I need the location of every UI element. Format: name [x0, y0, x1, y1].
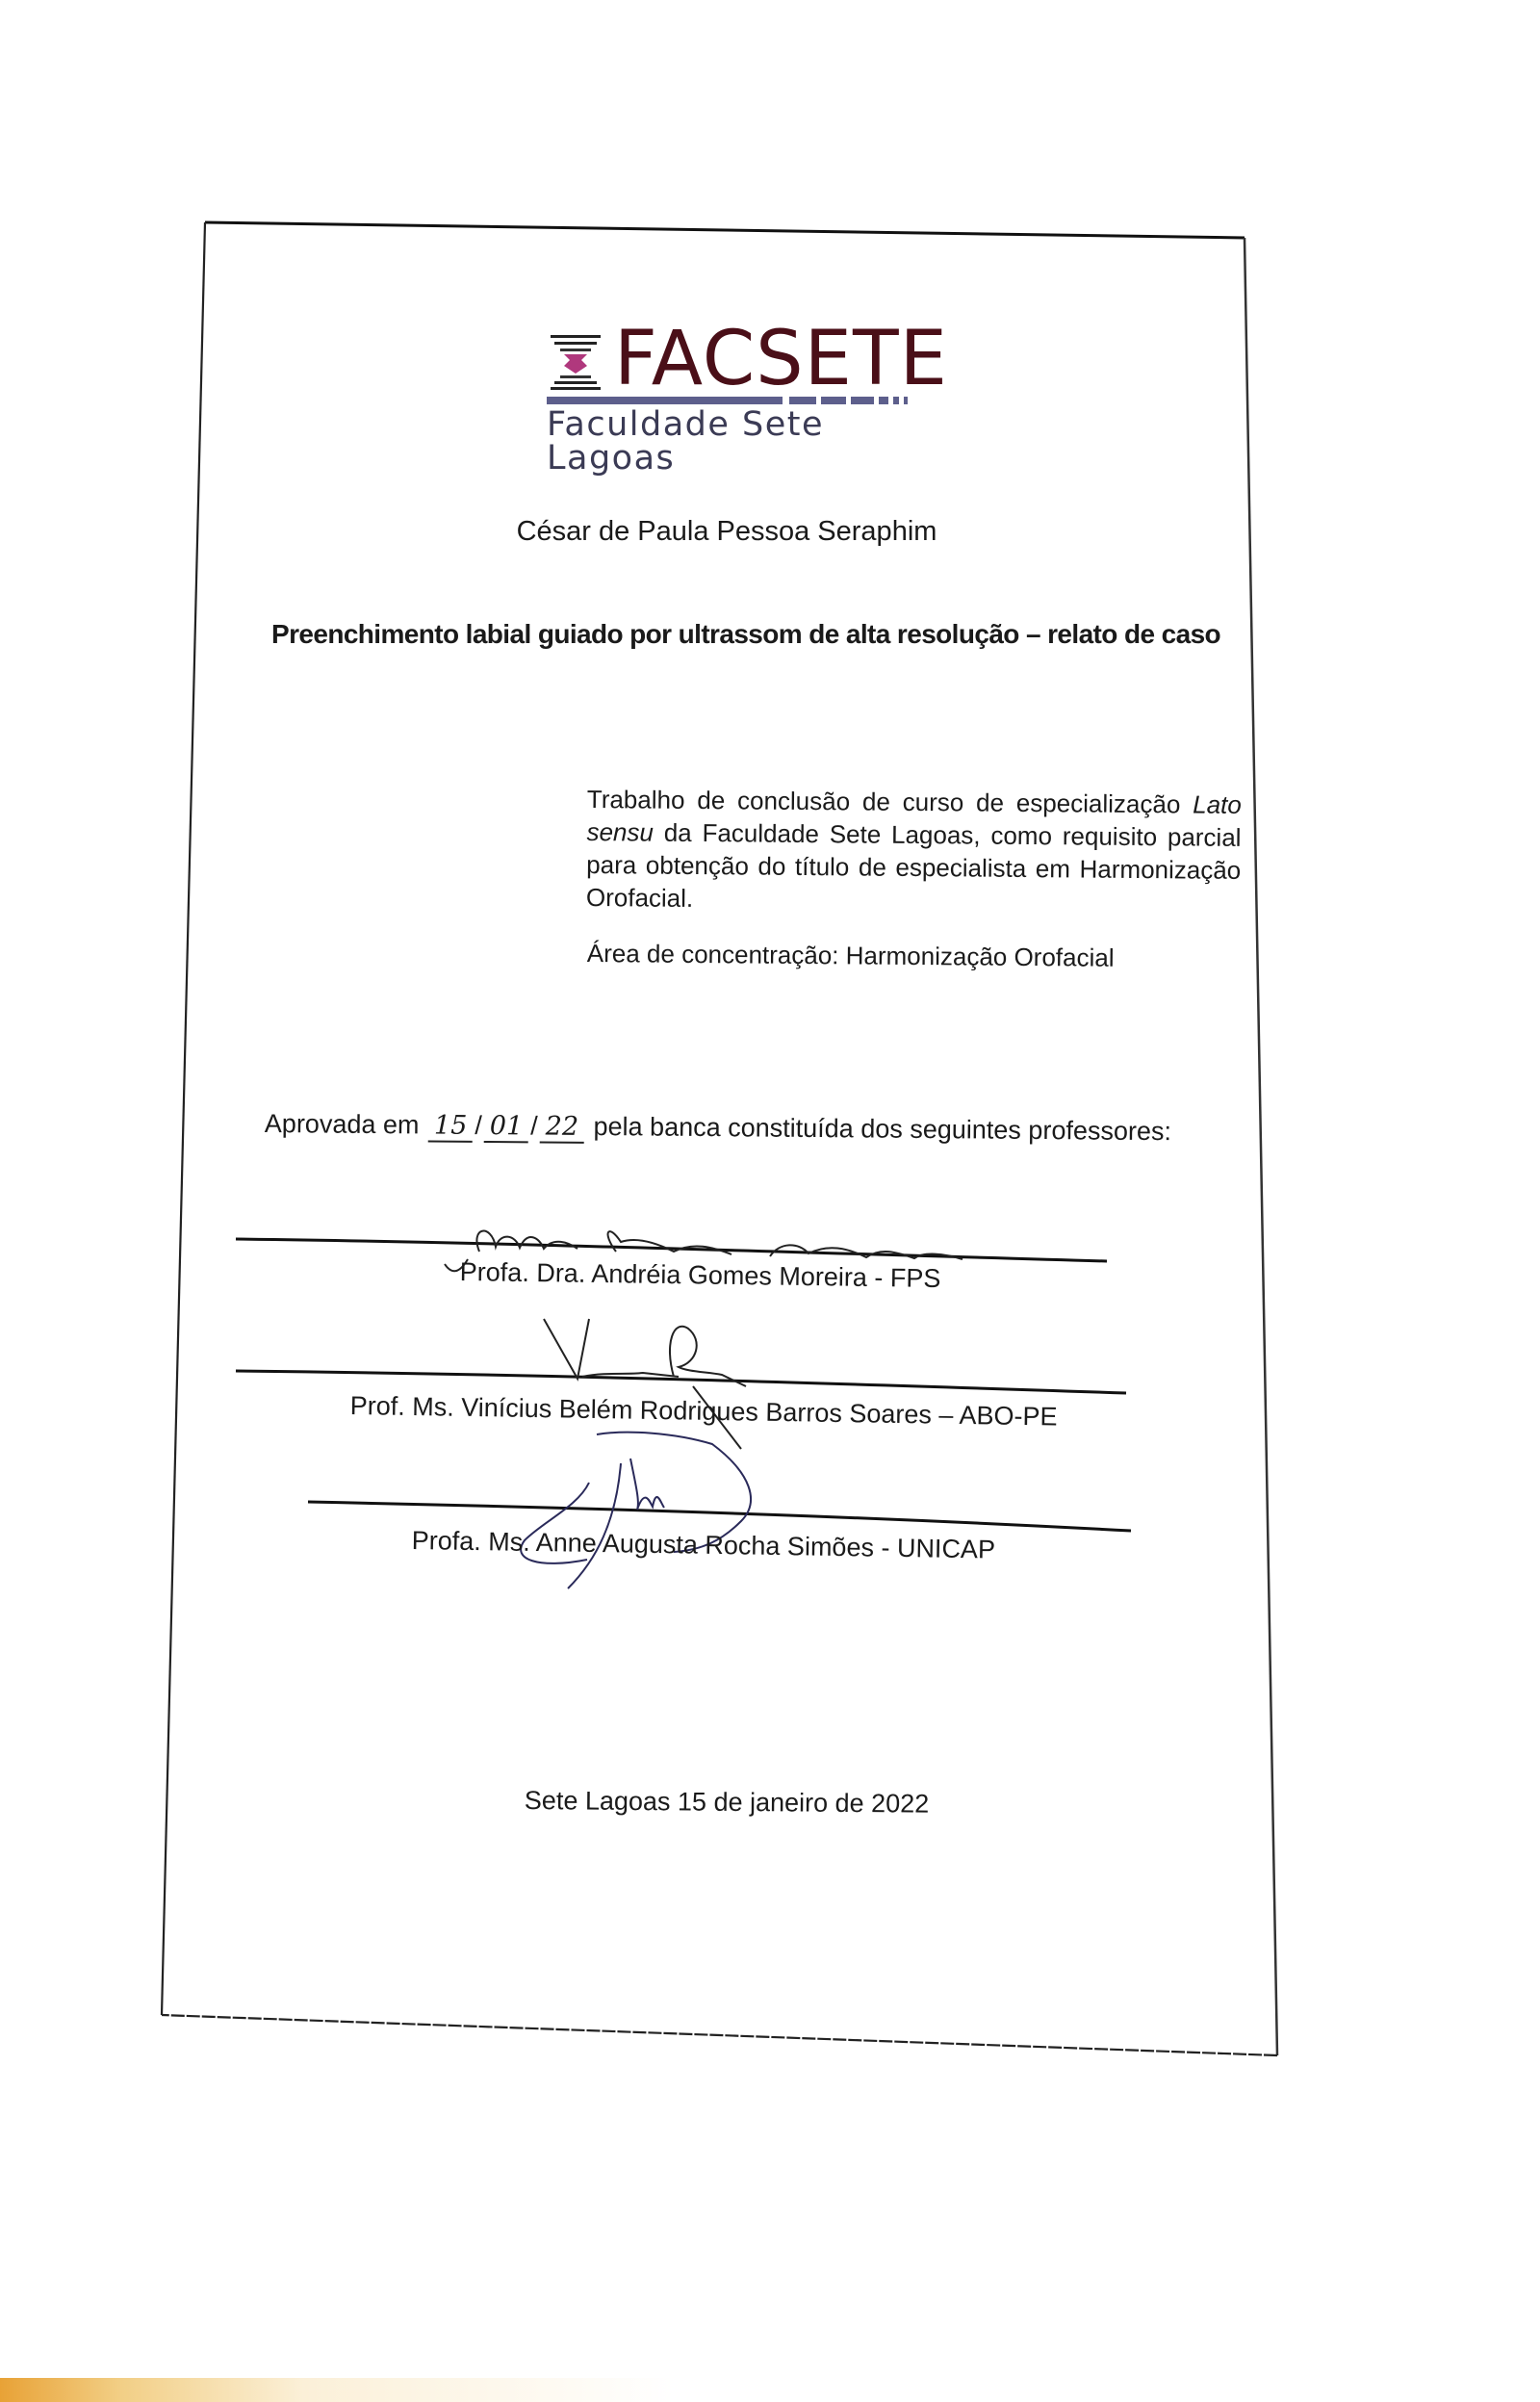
- document-description: Trabalho de conclusão de curso de especi…: [586, 783, 1242, 919]
- approval-statement: Aprovada em 15/01/22 pela banca constitu…: [265, 1109, 1171, 1149]
- approval-year: 22: [540, 1111, 585, 1143]
- description-text: Trabalho de conclusão de curso de especi…: [587, 785, 1193, 818]
- committee-member-3: Profa. Ms. Anne Augusta Rocha Simões - U…: [412, 1526, 996, 1565]
- facsete-logo: FACSETE Faculdade Sete Lagoas: [539, 327, 924, 452]
- signature-line-3: [308, 1433, 1131, 1588]
- document-title: Preenchimento labial guiado por ultrasso…: [271, 619, 1220, 650]
- place-and-date: Sete Lagoas 15 de janeiro de 2022: [525, 1786, 930, 1820]
- paper-edge-stain: [0, 2378, 674, 2402]
- date-separator: /: [475, 1111, 482, 1140]
- description-text-end: da Faculdade Sete Lagoas, como requisito…: [586, 818, 1242, 913]
- committee-member-1: Profa. Dra. Andréia Gomes Moreira - FPS: [460, 1257, 941, 1294]
- concentration-area: Área de concentração: Harmonização Orofa…: [587, 939, 1115, 973]
- approval-prefix: Aprovada em: [265, 1109, 420, 1139]
- approval-day: 15: [428, 1110, 474, 1142]
- facsete-emblem-icon: [547, 333, 604, 391]
- logo-subtitle: Faculdade Sete Lagoas: [547, 408, 924, 476]
- committee-member-2: Prof. Ms. Vinícius Belém Rodrigues Barro…: [350, 1391, 1058, 1433]
- approval-suffix: pela banca constituída dos seguintes pro…: [593, 1112, 1171, 1146]
- approval-month: 01: [484, 1111, 529, 1143]
- logo-wordmark: FACSETE: [614, 322, 948, 397]
- date-separator: /: [530, 1111, 538, 1140]
- logo-bar: [547, 397, 914, 404]
- author-name: César de Paula Pessoa Seraphim: [0, 516, 1453, 548]
